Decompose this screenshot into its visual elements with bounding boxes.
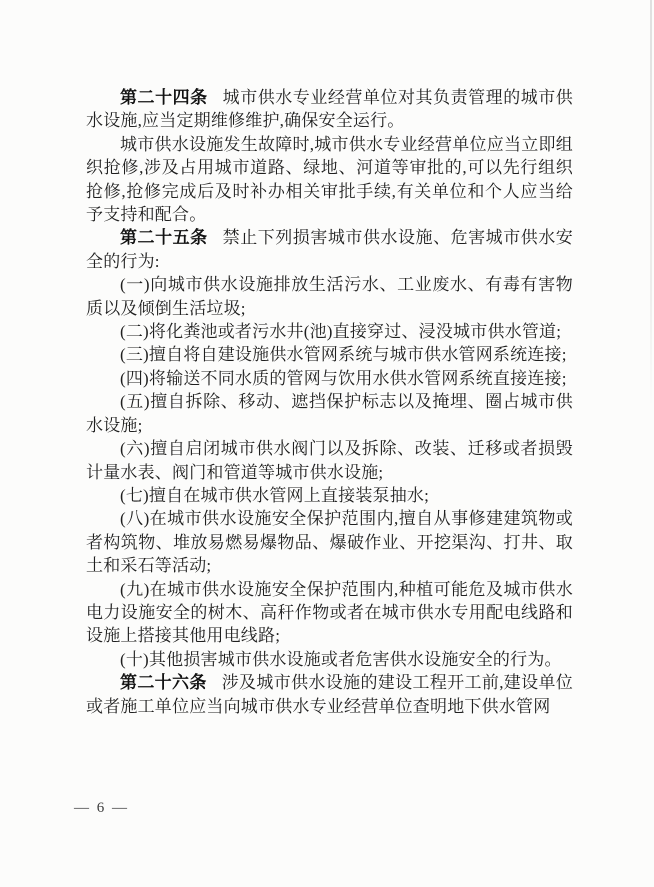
article-number: 第二十六条 xyxy=(120,673,207,692)
article-paragraph: 第二十六条涉及城市供水设施的建设工程开工前,建设单位或者施工单位应当向城市供水专… xyxy=(86,671,573,718)
body-paragraph: (一)向城市供水设施排放生活污水、工业废水、有毒有害物质以及倾倒生活垃圾; xyxy=(86,273,573,320)
body-paragraph: (五)擅自拆除、移动、遮挡保护标志以及掩埋、圈占城市供水设施; xyxy=(86,390,573,437)
body-paragraph: (四)将输送不同水质的管网与饮用水供水管网系统直接连接; xyxy=(86,367,573,390)
article-number: 第二十五条 xyxy=(120,228,208,247)
body-paragraph: (十)其他损害城市供水设施或者危害供水设施安全的行为。 xyxy=(86,648,573,671)
body-paragraph: (八)在城市供水设施安全保护范围内,擅自从事修建建筑物或者构筑物、堆放易燃易爆物… xyxy=(86,507,573,577)
scan-edge-shadow xyxy=(650,0,652,408)
document-body: 第二十四条城市供水专业经营单位对其负责管理的城市供水设施,应当定期维修维护,确保… xyxy=(86,86,573,718)
article-paragraph: 第二十四条城市供水专业经营单位对其负责管理的城市供水设施,应当定期维修维护,确保… xyxy=(86,86,573,133)
body-paragraph: (九)在城市供水设施安全保护范围内,种植可能危及城市供水电力设施安全的树木、高秆… xyxy=(86,578,573,648)
article-number: 第二十四条 xyxy=(120,88,208,107)
page-number: — 6 — xyxy=(74,800,129,817)
body-paragraph: (二)将化粪池或者污水井(池)直接穿过、浸没城市供水管道; xyxy=(86,320,573,343)
document-page: 第二十四条城市供水专业经营单位对其负责管理的城市供水设施,应当定期维修维护,确保… xyxy=(0,0,654,887)
article-paragraph: 第二十五条禁止下列损害城市供水设施、危害城市供水安全的行为: xyxy=(86,226,573,273)
body-paragraph: 城市供水设施发生故障时,城市供水专业经营单位应当立即组织抢修,涉及占用城市道路、… xyxy=(86,133,573,227)
body-paragraph: (六)擅自启闭城市供水阀门以及拆除、改装、迁移或者损毁计量水表、阀门和管道等城市… xyxy=(86,437,573,484)
body-paragraph: (七)擅自在城市供水管网上直接装泵抽水; xyxy=(86,484,573,507)
body-paragraph: (三)擅自将自建设施供水管网系统与城市供水管网系统连接; xyxy=(86,343,573,366)
